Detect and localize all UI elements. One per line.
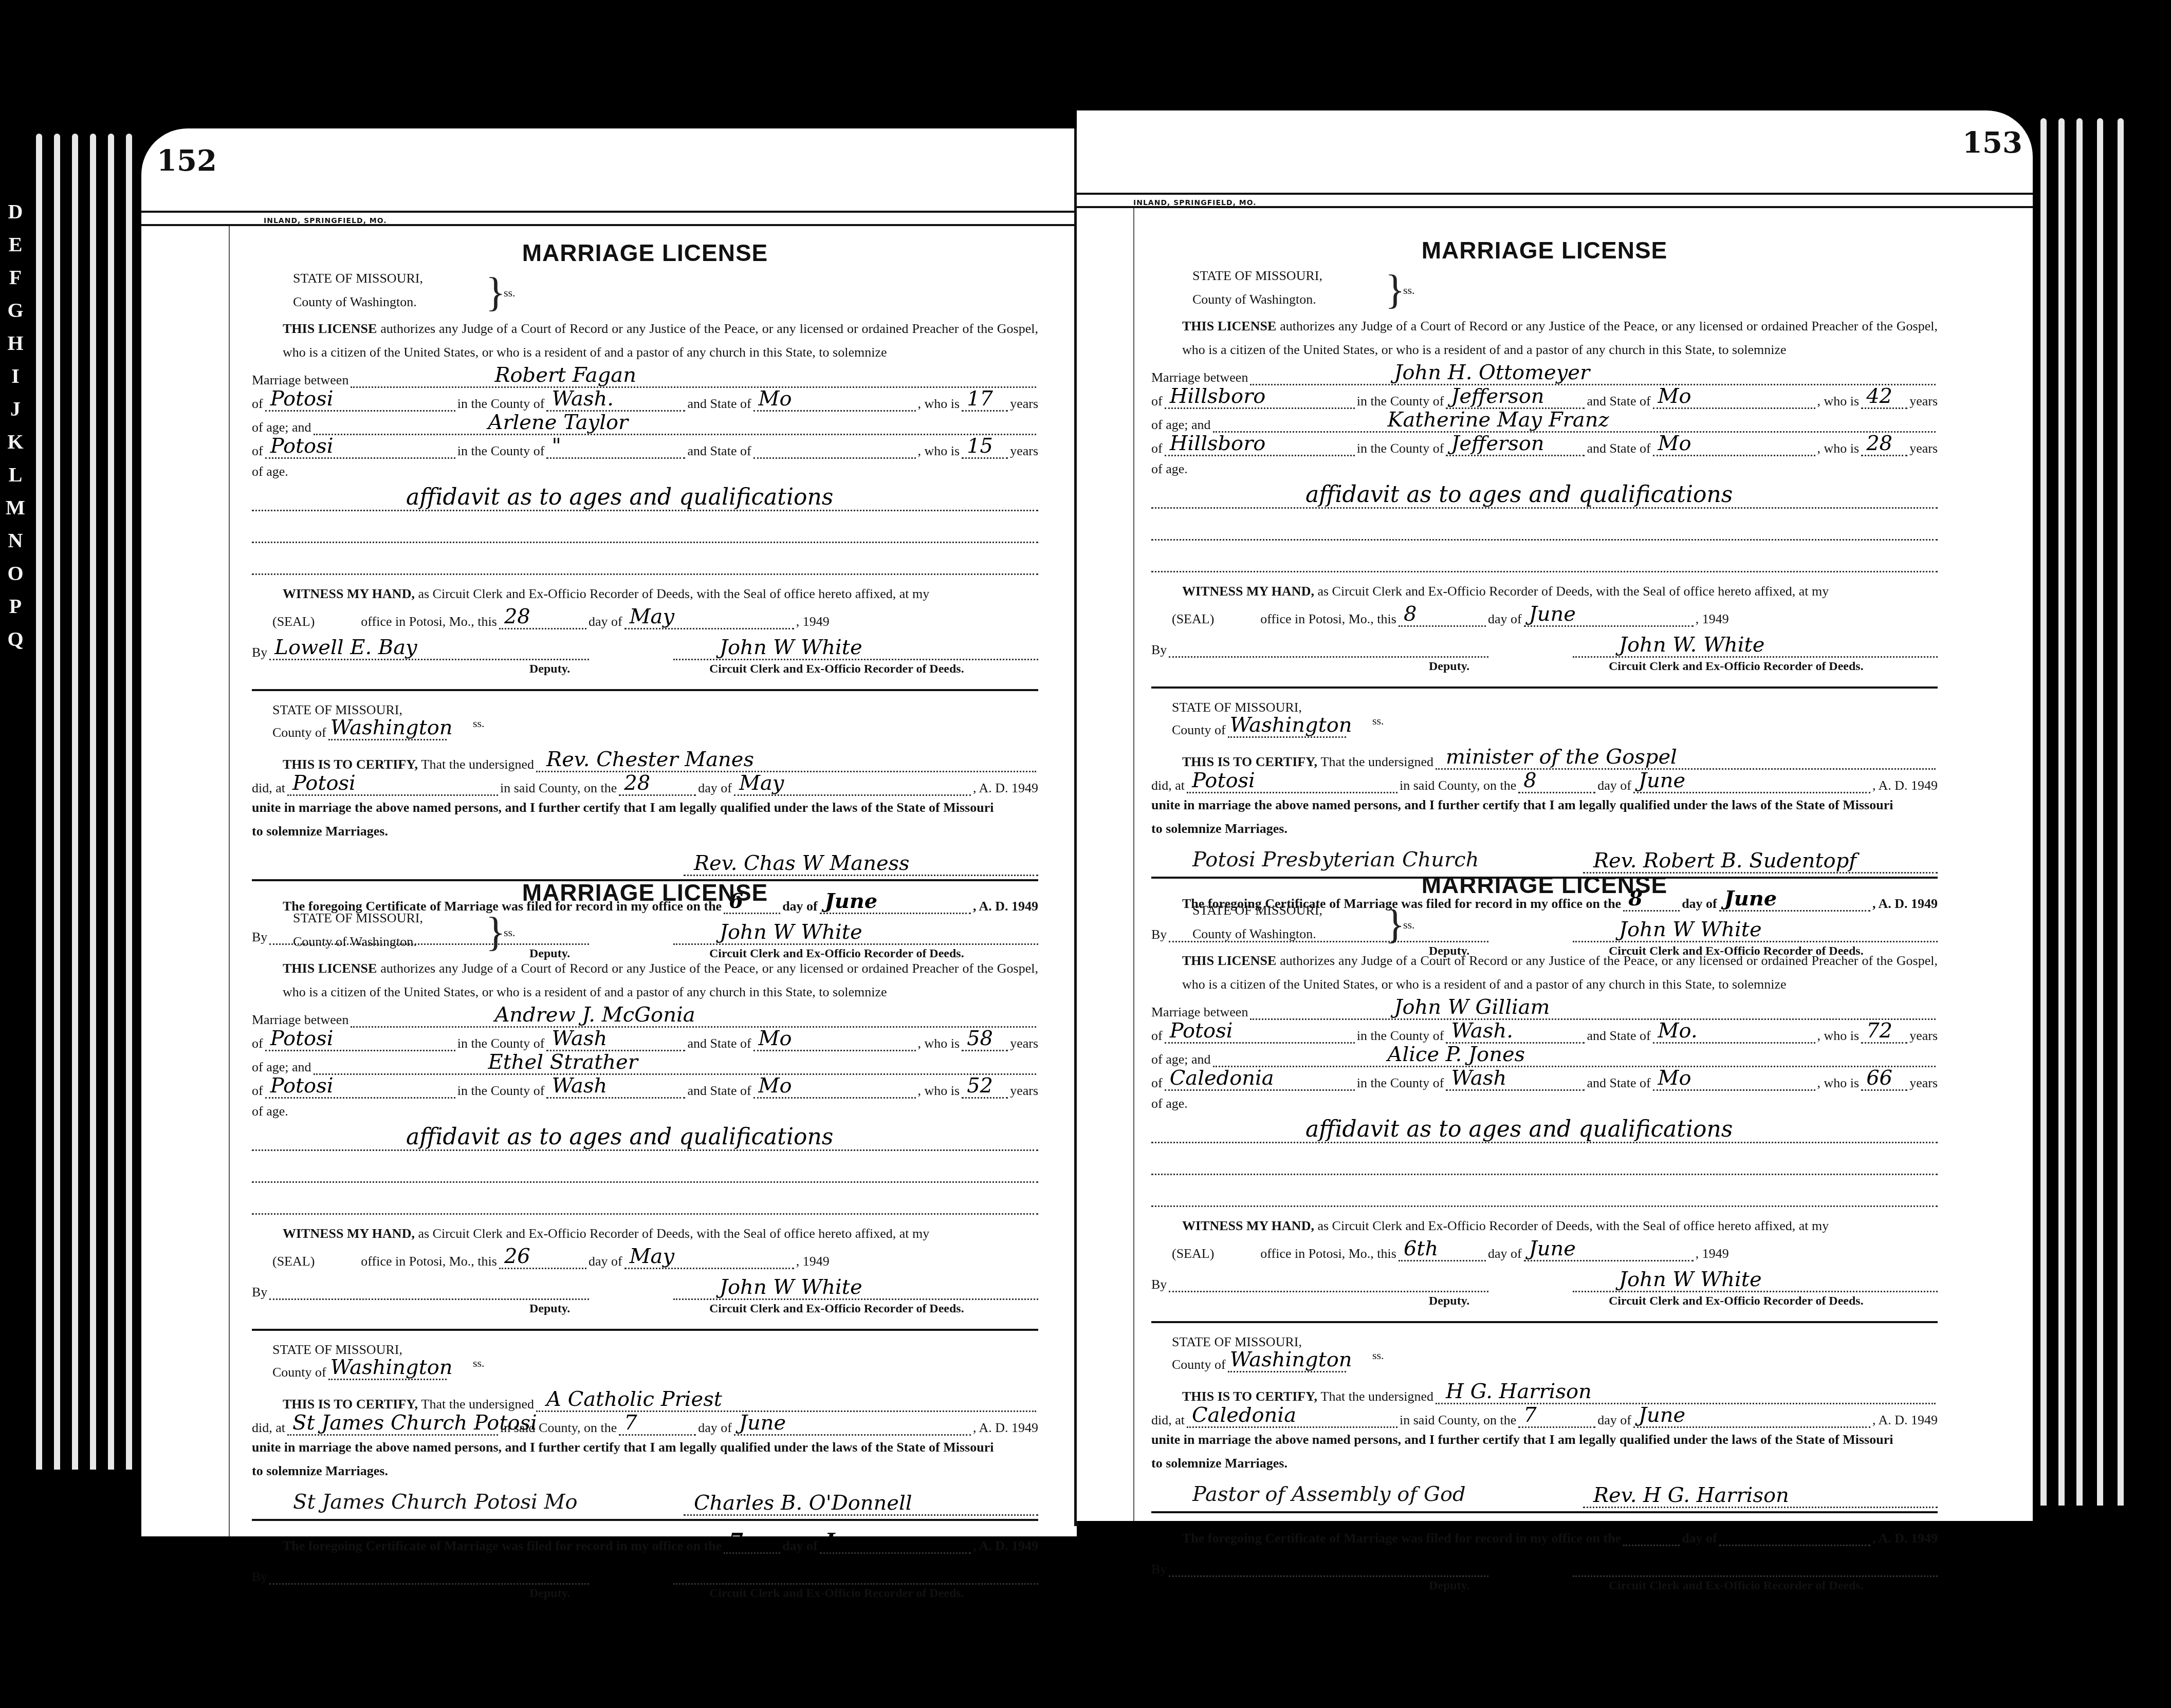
page-right: 153 INLAND, SPRINGFIELD, MO. MARRIAGE LI… bbox=[1077, 110, 2033, 1521]
county-label: County of Washington. bbox=[293, 294, 417, 310]
license-year: 49 bbox=[1716, 1246, 1729, 1261]
clerk-signature: John W White bbox=[1619, 1269, 1762, 1290]
license-day: 8 bbox=[1404, 604, 1416, 624]
marriage-between-line: Marriage between John W Gilliam bbox=[1151, 996, 1938, 1020]
ceremony-year: 49 bbox=[1924, 778, 1938, 793]
filed-signature-row: By John W White bbox=[1151, 1546, 1938, 1577]
license-month: June bbox=[1529, 1238, 1576, 1259]
certify-line: THIS IS TO CERTIFY, That the undersigned… bbox=[252, 749, 1038, 772]
index-tab: M bbox=[6, 491, 25, 524]
groom-state: Mo. bbox=[1658, 1020, 1698, 1041]
alphabet-index-tabs: DEFGHIJKLMNOPQ bbox=[0, 195, 31, 1172]
groom-name: Andrew J. McGonia bbox=[494, 1005, 695, 1025]
page-number: 153 bbox=[1962, 126, 2022, 160]
ss-label: ss. bbox=[1403, 284, 1415, 297]
license-date-line: (SEAL) office in Potosi, Mo., this 28 da… bbox=[252, 606, 1038, 629]
groom-county: Jefferson bbox=[1451, 386, 1544, 406]
remarks-line-3 bbox=[1151, 1175, 1938, 1207]
license-title: MARRIAGE LICENSE bbox=[1151, 871, 1938, 903]
officiant-signature-row: Pastor of Assembly of God Rev. H G. Harr… bbox=[1151, 1475, 1938, 1508]
of-age-label: of age. bbox=[1151, 456, 1938, 477]
solemnize-text: to solemnize Marriages. bbox=[252, 1459, 1038, 1483]
marriage-record: MARRIAGE LICENSE STATE OF MISSOURI, Coun… bbox=[252, 239, 1038, 966]
certificate-venue: STATE OF MISSOURI, County ofWashington s… bbox=[272, 1342, 1038, 1388]
license-authorization-text: THIS LICENSE authorizes any Judge of a C… bbox=[1151, 949, 1938, 996]
bride-residence-line: of Potosi in the County of Wash and Stat… bbox=[252, 1075, 1038, 1099]
witness-text: WITNESS MY HAND, as Circuit Clerk and Ex… bbox=[1151, 580, 1938, 603]
license-venue: STATE OF MISSOURI, County of Washington.… bbox=[1192, 903, 1938, 949]
marriage-record: MARRIAGE LICENSE STATE OF MISSOURI, Coun… bbox=[1151, 236, 1938, 963]
license-venue: STATE OF MISSOURI, County of Washington.… bbox=[293, 271, 1038, 317]
unite-text: unite in marriage the above named person… bbox=[252, 796, 1038, 820]
certify-line: THIS IS TO CERTIFY, That the undersigned… bbox=[1151, 746, 1938, 770]
unite-text: unite in marriage the above named person… bbox=[1151, 1428, 1938, 1452]
license-signature-row: By John W White bbox=[1151, 1261, 1938, 1292]
filed-signature-row: By John W White bbox=[252, 1554, 1038, 1585]
license-signature-row: By John W. White bbox=[1151, 627, 1938, 658]
ceremony-year: 49 bbox=[1025, 1420, 1038, 1435]
groom-state: Mo bbox=[759, 388, 792, 409]
brace-icon: } bbox=[486, 912, 505, 953]
remarks-line: affidavit as to ages and qualifications bbox=[1151, 477, 1938, 509]
clerk-signature: John W White bbox=[720, 1277, 862, 1297]
groom-residence-line: of Potosi in the County of Wash. and Sta… bbox=[252, 388, 1038, 412]
groom-county: Wash. bbox=[1451, 1020, 1513, 1041]
groom-name: John W Gilliam bbox=[1394, 997, 1550, 1017]
groom-age: 17 bbox=[967, 388, 993, 409]
certificate-county: Washington bbox=[330, 717, 453, 738]
certificate-county: Washington bbox=[1230, 715, 1352, 735]
section-divider bbox=[1151, 1511, 1938, 1513]
license-title: MARRIAGE LICENSE bbox=[252, 239, 1038, 271]
margin-rule bbox=[229, 226, 230, 1536]
ceremony-place: Potosi bbox=[292, 773, 356, 793]
bride-state: Mo bbox=[1658, 1068, 1691, 1088]
filed-month: June bbox=[1724, 1523, 1777, 1544]
marriage-between-line: Marriage between John H. Ottomeyer bbox=[1151, 362, 1938, 385]
section-divider bbox=[252, 1519, 1038, 1521]
license-date-line: (SEAL) office in Potosi, Mo., this 6th d… bbox=[1151, 1238, 1938, 1261]
bride-state: Mo bbox=[1658, 433, 1691, 454]
license-title: MARRIAGE LICENSE bbox=[252, 879, 1038, 911]
license-authorization-text: THIS LICENSE authorizes any Judge of a C… bbox=[252, 957, 1038, 1004]
bride-residence-line: of Caledonia in the County of Wash and S… bbox=[1151, 1067, 1938, 1091]
ss-label: ss. bbox=[504, 926, 516, 939]
state-label: STATE OF MISSOURI, bbox=[1192, 268, 1322, 284]
ceremony-month: June bbox=[1639, 1405, 1685, 1425]
marriage-record: MARRIAGE LICENSE STATE OF MISSOURI, Coun… bbox=[252, 879, 1038, 1605]
index-tab: L bbox=[9, 458, 23, 491]
signature-labels: Deputy. Circuit Clerk and Ex-Officio Rec… bbox=[1151, 1292, 1938, 1313]
church-name: St James Church Potosi Mo bbox=[293, 1490, 578, 1514]
printer-imprint: INLAND, SPRINGFIELD, MO. bbox=[264, 217, 387, 225]
bride-county: Wash bbox=[1451, 1068, 1506, 1088]
bride-age: 15 bbox=[967, 436, 993, 456]
ceremony-year: 49 bbox=[1924, 1413, 1938, 1427]
signature-labels: Deputy. Circuit Clerk and Ex-Officio Rec… bbox=[252, 1585, 1038, 1605]
license-year: 49 bbox=[1716, 611, 1729, 626]
bride-state: Mo bbox=[759, 1075, 792, 1096]
clerk-signature: John W White bbox=[720, 637, 862, 658]
bride-residence: Potosi bbox=[270, 1075, 334, 1096]
church-name: Potosi Presbyterian Church bbox=[1192, 848, 1479, 871]
marriage-between-line: Marriage between Andrew J. McGonia bbox=[252, 1004, 1038, 1028]
ss-label: ss. bbox=[504, 286, 516, 300]
section-divider bbox=[252, 1329, 1038, 1331]
index-tab: F bbox=[9, 261, 22, 294]
groom-name: Robert Fagan bbox=[494, 365, 636, 385]
ceremony-line: did, at Potosi in said County, on the 28… bbox=[252, 772, 1038, 796]
certificate-venue: STATE OF MISSOURI, County ofWashington s… bbox=[272, 702, 1038, 749]
groom-residence: Potosi bbox=[270, 1028, 334, 1049]
license-signature-row: ByLowell E. Bay John W White bbox=[252, 629, 1038, 660]
bride-name: Alice P. Jones bbox=[1388, 1044, 1525, 1065]
section-divider bbox=[1151, 1321, 1938, 1323]
bride-residence-line: of Hillsboro in the County of Jefferson … bbox=[1151, 433, 1938, 456]
index-tab: O bbox=[7, 557, 23, 590]
index-tab: G bbox=[7, 294, 23, 327]
index-tab: J bbox=[10, 393, 21, 425]
solemnize-text: to solemnize Marriages. bbox=[252, 820, 1038, 843]
ceremony-day: 7 bbox=[624, 1413, 637, 1433]
margin-rule bbox=[1133, 208, 1134, 1521]
ceremony-day: 7 bbox=[1523, 1405, 1536, 1425]
license-date-line: (SEAL) office in Potosi, Mo., this 8 day… bbox=[1151, 603, 1938, 627]
ss-label: ss. bbox=[1403, 918, 1415, 932]
solemnize-text: to solemnize Marriages. bbox=[1151, 817, 1938, 841]
groom-county: Wash. bbox=[551, 388, 614, 409]
page-left: 152 INLAND, SPRINGFIELD, MO. MARRIAGE LI… bbox=[141, 128, 1077, 1536]
license-day: 6th bbox=[1404, 1238, 1438, 1259]
bride-county: Jefferson bbox=[1451, 433, 1544, 454]
ceremony-place: St James Church Potosi bbox=[292, 1413, 537, 1433]
header-rule: INLAND, SPRINGFIELD, MO. bbox=[1077, 193, 2033, 208]
groom-residence-line: of Potosi in the County of Wash and Stat… bbox=[252, 1028, 1038, 1051]
bride-name-line: of age; and Arlene Taylor bbox=[252, 412, 1038, 435]
ceremony-place: Caledonia bbox=[1192, 1405, 1296, 1425]
signature-labels: Deputy. Circuit Clerk and Ex-Officio Rec… bbox=[252, 660, 1038, 681]
license-year: 49 bbox=[816, 1254, 830, 1269]
marriage-record: MARRIAGE LICENSE STATE OF MISSOURI, Coun… bbox=[1151, 871, 1938, 1598]
brace-icon: } bbox=[486, 272, 505, 313]
deputy-signature: Lowell E. Bay bbox=[274, 637, 417, 658]
groom-residence-line: of Potosi in the County of Wash. and Sta… bbox=[1151, 1020, 1938, 1044]
remarks-line-2 bbox=[252, 511, 1038, 543]
bride-age: 52 bbox=[967, 1075, 993, 1096]
ceremony-line: did, at Caledonia in said County, on the… bbox=[1151, 1404, 1938, 1428]
officiant-signature: Rev. Robert B. Sudentopf bbox=[1593, 850, 1856, 871]
of-age-label: of age. bbox=[252, 1099, 1038, 1119]
filed-day: 7 bbox=[729, 1531, 743, 1551]
header-rule: INLAND, SPRINGFIELD, MO. bbox=[141, 211, 1077, 226]
license-authorization-text: THIS LICENSE authorizes any Judge of a C… bbox=[1151, 314, 1938, 362]
ceremony-line: did, at Potosi in said County, on the 8 … bbox=[1151, 770, 1938, 793]
groom-county: Wash bbox=[551, 1028, 607, 1049]
officiant-signature-row: St James Church Potosi Mo Charles B. O'D… bbox=[252, 1483, 1038, 1516]
county-label: County of Washington. bbox=[1192, 926, 1316, 942]
index-tab: K bbox=[7, 425, 23, 458]
officiant-signature: Rev. Chas W Maness bbox=[694, 853, 910, 874]
license-day: 26 bbox=[504, 1246, 530, 1267]
groom-residence: Potosi bbox=[1170, 1020, 1233, 1041]
county-label: County of Washington. bbox=[293, 934, 417, 950]
index-tab: Q bbox=[7, 623, 23, 656]
filed-month: June bbox=[825, 1531, 878, 1551]
remarks-line-3 bbox=[252, 1183, 1038, 1215]
signature-labels: Deputy. Circuit Clerk and Ex-Officio Rec… bbox=[1151, 658, 1938, 678]
filed-year: 49 bbox=[1924, 1531, 1938, 1546]
groom-residence-line: of Hillsboro in the County of Jefferson … bbox=[1151, 385, 1938, 409]
filed-day: 9 bbox=[1628, 1523, 1643, 1544]
bride-name-line: of age; and Katherine May Franz bbox=[1151, 409, 1938, 433]
bride-residence-line: of Potosi in the County of " and State o… bbox=[252, 435, 1038, 459]
bride-age: 66 bbox=[1866, 1068, 1892, 1088]
remarks-line: affidavit as to ages and qualifications bbox=[252, 479, 1038, 511]
index-tab: P bbox=[9, 590, 22, 623]
remarks: affidavit as to ages and qualifications bbox=[406, 1126, 833, 1148]
index-tab: D bbox=[8, 195, 23, 228]
bride-county: Wash bbox=[551, 1075, 607, 1096]
remarks: affidavit as to ages and qualifications bbox=[1305, 1118, 1733, 1141]
officiant-name: H G. Harrison bbox=[1446, 1381, 1592, 1402]
officiant-signature-row: Rev. Chas W Maness bbox=[252, 843, 1038, 876]
unite-text: unite in marriage the above named person… bbox=[252, 1436, 1038, 1459]
brace-icon: } bbox=[1385, 904, 1405, 945]
ceremony-month: June bbox=[739, 1413, 786, 1433]
bride-name: Katherine May Franz bbox=[1388, 410, 1609, 430]
signature-labels: Deputy. Circuit Clerk and Ex-Officio Rec… bbox=[1151, 1577, 1938, 1598]
clerk-signature: John W. White bbox=[1619, 635, 1764, 655]
groom-state: Mo bbox=[759, 1028, 792, 1049]
of-age-label: of age. bbox=[1151, 1091, 1938, 1111]
index-tab: E bbox=[9, 228, 23, 261]
remarks: affidavit as to ages and qualifications bbox=[406, 486, 833, 509]
filed-clerk-signature: John W White bbox=[1619, 1554, 1762, 1574]
filed-year: 49 bbox=[1025, 1538, 1038, 1553]
page-edges-left bbox=[31, 134, 149, 1470]
license-year: 49 bbox=[816, 614, 830, 629]
certify-line: THIS IS TO CERTIFY, That the undersigned… bbox=[1151, 1381, 1938, 1404]
groom-age: 58 bbox=[967, 1028, 993, 1049]
index-tab: N bbox=[8, 524, 23, 557]
witness-text: WITNESS MY HAND, as Circuit Clerk and Ex… bbox=[1151, 1214, 1938, 1238]
of-age-label: of age. bbox=[252, 459, 1038, 479]
officiant-signature-row: Potosi Presbyterian Church Rev. Robert B… bbox=[1151, 841, 1938, 874]
ceremony-month: June bbox=[1639, 770, 1685, 791]
officiant-name: minister of the Gospel bbox=[1446, 747, 1677, 767]
license-date-line: (SEAL) office in Potosi, Mo., this 26 da… bbox=[252, 1246, 1038, 1269]
bride-age: 28 bbox=[1866, 433, 1892, 454]
certify-line: THIS IS TO CERTIFY, That the undersigned… bbox=[252, 1388, 1038, 1412]
certificate-venue: STATE OF MISSOURI, County ofWashington s… bbox=[1172, 700, 1938, 746]
license-signature-row: By John W White bbox=[252, 1269, 1038, 1300]
bride-name-line: of age; and Ethel Strather bbox=[252, 1051, 1038, 1075]
county-label: County of Washington. bbox=[1192, 292, 1316, 307]
remarks-line: affidavit as to ages and qualifications bbox=[1151, 1111, 1938, 1143]
groom-age: 72 bbox=[1866, 1020, 1892, 1041]
filed-line: The foregoing Certificate of Marriage wa… bbox=[252, 1530, 1038, 1554]
ceremony-place: Potosi bbox=[1192, 770, 1255, 791]
printer-imprint: INLAND, SPRINGFIELD, MO. bbox=[1133, 199, 1257, 207]
bride-name: Ethel Strather bbox=[488, 1052, 638, 1072]
license-authorization-text: THIS LICENSE authorizes any Judge of a C… bbox=[252, 317, 1038, 364]
remarks: affidavit as to ages and qualifications bbox=[1305, 484, 1733, 506]
state-label: STATE OF MISSOURI, bbox=[1192, 903, 1322, 918]
remarks-line-3 bbox=[252, 543, 1038, 575]
license-month: May bbox=[630, 1246, 674, 1267]
certificate-county: Washington bbox=[1230, 1349, 1352, 1370]
page-number: 152 bbox=[157, 144, 217, 178]
state-label: STATE OF MISSOURI, bbox=[293, 271, 423, 286]
remarks-line: affidavit as to ages and qualifications bbox=[252, 1119, 1038, 1151]
certificate-county: Washington bbox=[330, 1357, 453, 1378]
officiant-signature: Rev. H G. Harrison bbox=[1593, 1485, 1789, 1506]
marriage-between-line: Marriage between Robert Fagan bbox=[252, 364, 1038, 388]
groom-residence: Hillsboro bbox=[1170, 386, 1266, 406]
certificate-venue: STATE OF MISSOURI, County ofWashington s… bbox=[1172, 1334, 1938, 1381]
license-day: 28 bbox=[504, 606, 530, 627]
ceremony-year: 49 bbox=[1025, 781, 1038, 795]
witness-text: WITNESS MY HAND, as Circuit Clerk and Ex… bbox=[252, 1222, 1038, 1246]
remarks-line-3 bbox=[1151, 541, 1938, 572]
license-month: June bbox=[1529, 604, 1576, 624]
filed-line: The foregoing Certificate of Marriage wa… bbox=[1151, 1523, 1938, 1546]
ceremony-day: 28 bbox=[624, 773, 650, 793]
church-name: Pastor of Assembly of God bbox=[1192, 1482, 1466, 1506]
section-divider bbox=[1151, 686, 1938, 689]
bride-name-line: of age; and Alice P. Jones bbox=[1151, 1044, 1938, 1067]
signature-labels: Deputy. Circuit Clerk and Ex-Officio Rec… bbox=[252, 1300, 1038, 1321]
page-edges-right bbox=[2035, 118, 2133, 1506]
remarks-line-2 bbox=[1151, 1143, 1938, 1175]
solemnize-text: to solemnize Marriages. bbox=[1151, 1452, 1938, 1475]
filed-clerk-signature: John W White bbox=[720, 1562, 862, 1582]
ceremony-line: did, at St James Church Potosi in said C… bbox=[252, 1412, 1038, 1436]
bride-name: Arlene Taylor bbox=[488, 412, 629, 433]
license-venue: STATE OF MISSOURI, County of Washington.… bbox=[1192, 268, 1938, 314]
ceremony-month: May bbox=[739, 773, 784, 793]
groom-residence: Potosi bbox=[270, 388, 334, 409]
bride-residence: Hillsboro bbox=[1170, 433, 1266, 454]
groom-age: 42 bbox=[1866, 386, 1892, 406]
officiant-signature: Charles B. O'Donnell bbox=[694, 1493, 912, 1513]
bride-county: " bbox=[551, 436, 561, 456]
bride-residence: Potosi bbox=[270, 436, 334, 456]
ceremony-day: 8 bbox=[1523, 770, 1536, 791]
index-tab: H bbox=[7, 327, 23, 360]
state-label: STATE OF MISSOURI, bbox=[293, 911, 423, 926]
bride-residence: Caledonia bbox=[1170, 1068, 1274, 1088]
officiant-name: A Catholic Priest bbox=[546, 1389, 722, 1409]
brace-icon: } bbox=[1385, 269, 1405, 310]
groom-state: Mo bbox=[1658, 386, 1691, 406]
remarks-line-2 bbox=[252, 1151, 1038, 1183]
officiant-name: Rev. Chester Manes bbox=[546, 749, 754, 770]
remarks-line-2 bbox=[1151, 509, 1938, 541]
section-divider bbox=[252, 689, 1038, 691]
unite-text: unite in marriage the above named person… bbox=[1151, 793, 1938, 817]
groom-name: John H. Ottomeyer bbox=[1394, 362, 1590, 383]
license-venue: STATE OF MISSOURI, County of Washington.… bbox=[293, 911, 1038, 957]
license-month: May bbox=[630, 606, 674, 627]
witness-text: WITNESS MY HAND, as Circuit Clerk and Ex… bbox=[252, 582, 1038, 606]
license-title: MARRIAGE LICENSE bbox=[1151, 236, 1938, 268]
index-tab: I bbox=[11, 360, 20, 393]
